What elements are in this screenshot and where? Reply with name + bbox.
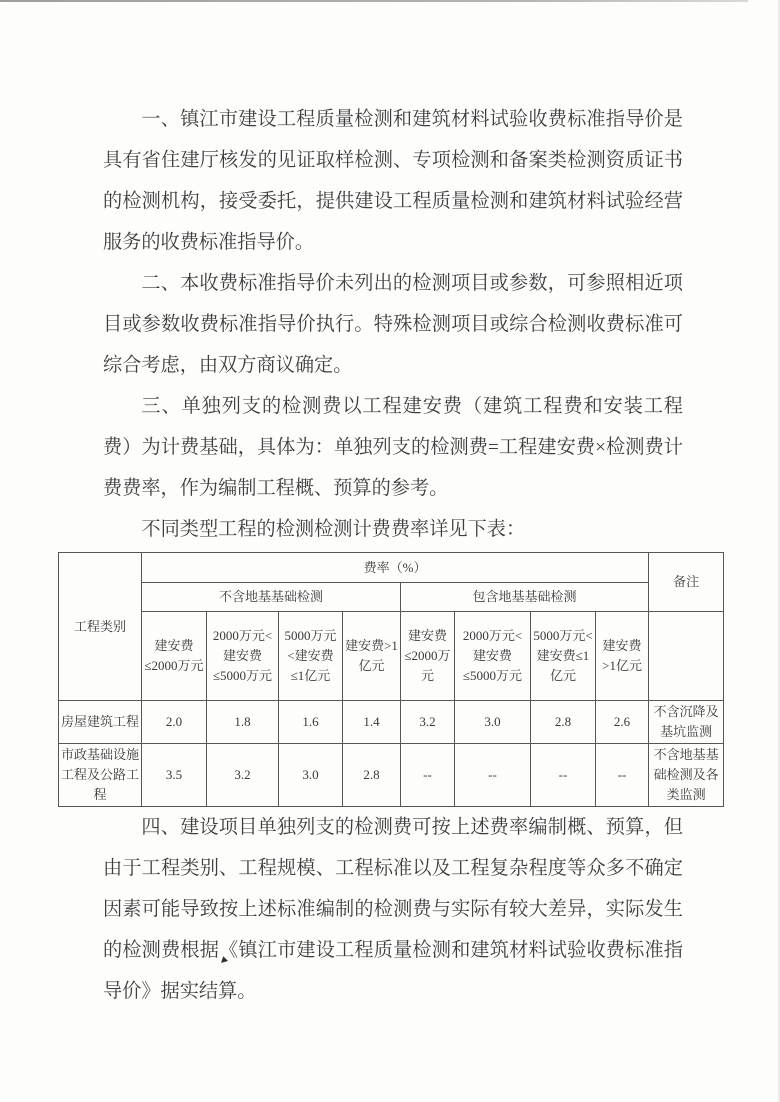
rate-cell: -- [596,744,649,807]
remark-cell: 不含地基基础检测及各类监测 [649,744,724,807]
rate-cell: 2.6 [596,701,649,744]
rate-cell: 2.0 [142,701,207,744]
rate-cell: 3.0 [455,701,531,744]
header-range-incl-4: 建安费>1亿元 [596,612,649,701]
detection-fee-rate-table: 工程类别 费率（%） 备注 不含地基基础检测 包含地基基础检测 建安费≤2000… [58,552,724,807]
header-range-excl-3: 5000万元<建安费≤1亿元 [279,612,343,701]
rate-cell: 2.8 [343,744,401,807]
rate-cell: 1.8 [207,701,279,744]
row-category: 房屋建筑工程 [59,701,142,744]
rate-cell: 3.2 [401,701,455,744]
rate-cell: 3.5 [142,744,207,807]
rate-cell: 3.2 [207,744,279,807]
header-range-excl-2: 2000万元<建安费≤5000万元 [207,612,279,701]
header-rate-percent: 费率（%） [142,553,649,583]
header-category: 工程类别 [59,553,142,701]
paragraph-1: 一、镇江市建设工程质量检测和建筑材料试验收费标准指导价是具有省住建厅核发的见证取… [103,99,683,263]
rate-cell: -- [455,744,531,807]
header-range-incl-2: 2000万元<建安费≤5000万元 [455,612,531,701]
rate-cell: 3.0 [279,744,343,807]
header-group-including-foundation: 包含地基基础检测 [401,583,649,612]
scan-edge-artifact [0,0,748,2]
header-remark: 备注 [649,553,724,612]
rate-cell: 1.4 [343,701,401,744]
fee-rate-table: 工程类别 费率（%） 备注 不含地基基础检测 包含地基基础检测 建安费≤2000… [58,552,723,807]
row-category: 市政基础设施工程及公路工程 [59,744,142,807]
header-range-excl-1: 建安费≤2000万元 [142,612,207,701]
scanned-document-page: 一、镇江市建设工程质量检测和建筑材料试验收费标准指导价是具有省住建厅核发的见证取… [0,0,780,1102]
remark-empty-cell [649,612,724,701]
header-range-excl-4: 建安费>1亿元 [343,612,401,701]
header-range-incl-1: 建安费≤2000万元 [401,612,455,701]
document-body: 一、镇江市建设工程质量检测和建筑材料试验收费标准指导价是具有省住建厅核发的见证取… [103,99,683,1012]
header-range-incl-3: 5000万元<建安费≤1亿元 [531,612,596,701]
paragraph-4: 四、建设项目单独列支的检测费可按上述费率编制概、预算，但由于工程类别、工程规模、… [103,807,683,1012]
rate-cell: -- [401,744,455,807]
paragraph-3: 三、单独列支的检测费以工程建安费（建筑工程费和安装工程费）为计费基础，具体为：单… [103,386,683,509]
remark-cell: 不含沉降及基坑监测 [649,701,724,744]
table-intro-line: 不同类型工程的检测检测计费费率详见下表： [103,509,683,550]
rate-cell: 2.8 [531,701,596,744]
header-group-excluding-foundation: 不含地基基础检测 [142,583,401,612]
rate-cell: -- [531,744,596,807]
paragraph-2: 二、本收费标准指导价未列出的检测项目或参数，可参照相近项目或参数收费标准指导价执… [103,263,683,386]
rate-cell: 1.6 [279,701,343,744]
